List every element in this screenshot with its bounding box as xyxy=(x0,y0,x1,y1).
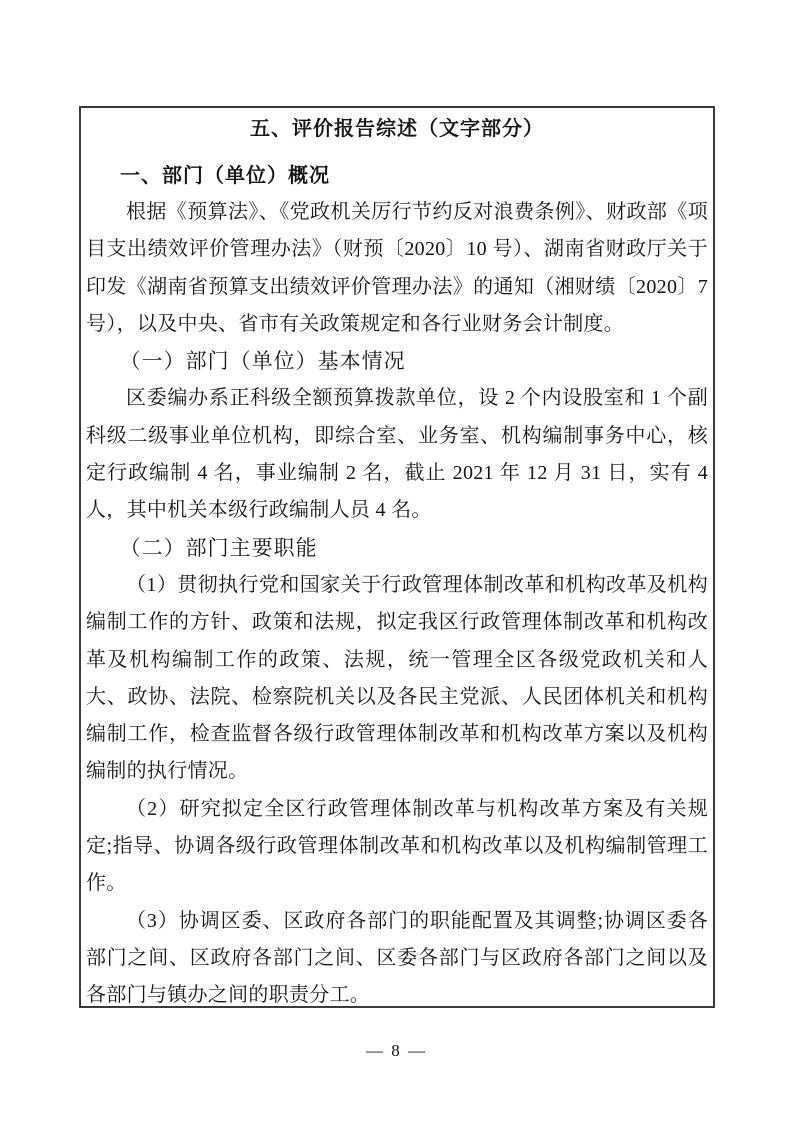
page-number: — 8 — xyxy=(0,1041,793,1061)
report-border-box: 五、评价报告综述（文字部分） 一、部门（单位）概况 根据《预算法》、《党政机关厉… xyxy=(79,106,715,1008)
document-page: { "theme": { "ink": "#161616", "border":… xyxy=(0,0,793,1122)
subsection-heading-main-functions: （二）部门主要职能 xyxy=(86,530,708,567)
section-heading-department-overview: 一、部门（单位）概况 xyxy=(86,161,708,191)
subsection-heading-basic-situation: （一）部门（单位）基本情况 xyxy=(86,343,708,380)
paragraph-evaluation-basis: 根据《预算法》、《党政机关厉行节约反对浪费条例》、财政部《项目支出绩效评价管理办… xyxy=(86,194,708,343)
paragraph-org-structure: 区委编办系正科级全额预算拨款单位，设 2 个内设股室和 1 个副科级二级事业单位… xyxy=(86,380,708,529)
paragraph-function-3: （3）协调区委、区政府各部门的职能配置及其调整;协调区委各部门之间、区政府各部门… xyxy=(86,903,708,1008)
report-title: 五、评价报告综述（文字部分） xyxy=(86,114,708,144)
paragraph-function-1: （1）贯彻执行党和国家关于行政管理体制改革和机构改革及机构编制工作的方针、政策和… xyxy=(86,567,708,791)
paragraph-function-2: （2）研究拟定全区行政管理体制改革与机构改革方案及有关规定;指导、协调各级行政管… xyxy=(86,791,708,903)
